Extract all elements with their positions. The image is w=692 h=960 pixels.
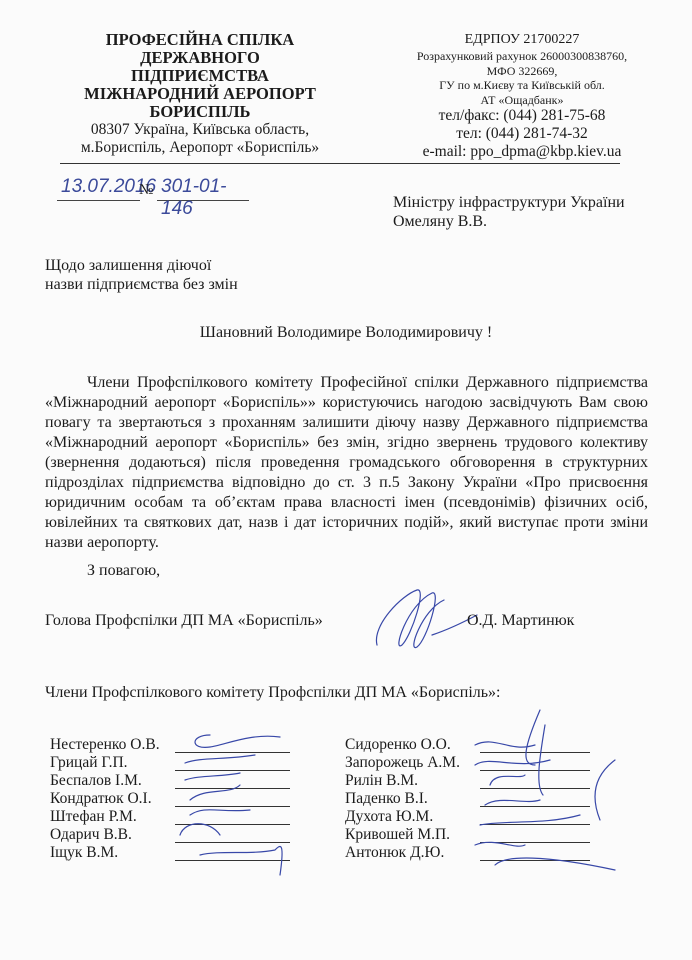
number-sign: №	[139, 182, 153, 199]
subject-line: назви підприємства без змін	[45, 275, 238, 294]
subject-block: Щодо залишення діючої назви підприємства…	[45, 256, 238, 294]
recipient-block: Міністру інфраструктури України Омеляну …	[393, 193, 625, 231]
registration-date-field: 13.07.2016	[57, 178, 140, 201]
member-name: Нестеренко О.В.	[50, 736, 160, 754]
member-signatures-icon	[180, 725, 320, 875]
org-name-line: МІЖНАРОДНИЙ АЕРОПОРТ	[70, 85, 330, 103]
bank-line: ГУ по м.Києву та Київській обл.	[392, 78, 652, 93]
bank-line: МФО 322669,	[392, 64, 652, 79]
member-name: Беспалов І.М.	[50, 772, 160, 790]
bank-line: АТ «Ощадбанк»	[392, 93, 652, 108]
signature-icon	[372, 585, 482, 655]
subject-line: Щодо залишення діючої	[45, 256, 238, 275]
member-name: Рилін В.М.	[345, 772, 460, 790]
member-name: Антонюк Д.Ю.	[345, 844, 460, 862]
member-name: Кондратюк О.І.	[50, 790, 160, 808]
header-divider	[60, 163, 620, 164]
member-name: Паденко В.І.	[345, 790, 460, 808]
member-name: Духота Ю.М.	[345, 808, 460, 826]
org-name-line: ПРОФЕСІЙНА СПІЛКА	[70, 31, 330, 49]
bank-line: Розрахунковий рахунок 26000300838760,	[392, 49, 652, 64]
member-name: Штефан Р.М.	[50, 808, 160, 826]
organization-block: ПРОФЕСІЙНА СПІЛКА ДЕРЖАВНОГО ПІДПРИЄМСТВ…	[70, 31, 330, 157]
email: e-mail: ppo_dpma@kbp.kiev.ua	[392, 143, 652, 161]
phone: тел: (044) 281-74-32	[392, 125, 652, 143]
letter-body: Члени Профспілкового комітету Професійно…	[45, 373, 648, 553]
address-line: м.Бориспіль, Аеропорт «Бориспіль»	[70, 139, 330, 157]
signatory-title: Голова Профспілки ДП МА «Бориспіль»	[45, 612, 323, 630]
edrpou-code: ЕДРПОУ 21700227	[392, 31, 652, 49]
recipient-line: Міністру інфраструктури України	[393, 193, 625, 212]
members-title: Члени Профспілкового комітету Профспілки…	[45, 684, 500, 702]
closing: З повагою,	[87, 562, 160, 580]
org-name-line: БОРИСПІЛЬ	[70, 103, 330, 121]
bank-details-block: ЕДРПОУ 21700227 Розрахунковий рахунок 26…	[392, 31, 652, 161]
phone-fax: тел/факс: (044) 281-75-68	[392, 107, 652, 125]
members-left-list: Нестеренко О.В. Грицай Г.П. Беспалов І.М…	[50, 736, 160, 862]
registration-number: 301-01-146	[161, 176, 249, 220]
address-line: 08307 Україна, Київська область,	[70, 121, 330, 139]
signatory-name: О.Д. Мартинюк	[467, 612, 574, 630]
member-name: Запорожець А.М.	[345, 754, 460, 772]
registration-number-field: 301-01-146	[157, 178, 249, 201]
members-right-list: Сидоренко О.О. Запорожець А.М. Рилін В.М…	[345, 736, 460, 862]
recipient-line: Омеляну В.В.	[393, 212, 625, 231]
member-name: Іщук В.М.	[50, 844, 160, 862]
member-name: Грицай Г.П.	[50, 754, 160, 772]
member-name: Кривошей М.П.	[345, 826, 460, 844]
salutation: Шановний Володимире Володимировичу !	[0, 324, 692, 342]
org-name-line: ДЕРЖАВНОГО ПІДПРИЄМСТВА	[70, 49, 330, 85]
member-name: Сидоренко О.О.	[345, 736, 460, 754]
member-signatures-icon	[465, 705, 645, 875]
member-name: Одарич В.В.	[50, 826, 160, 844]
